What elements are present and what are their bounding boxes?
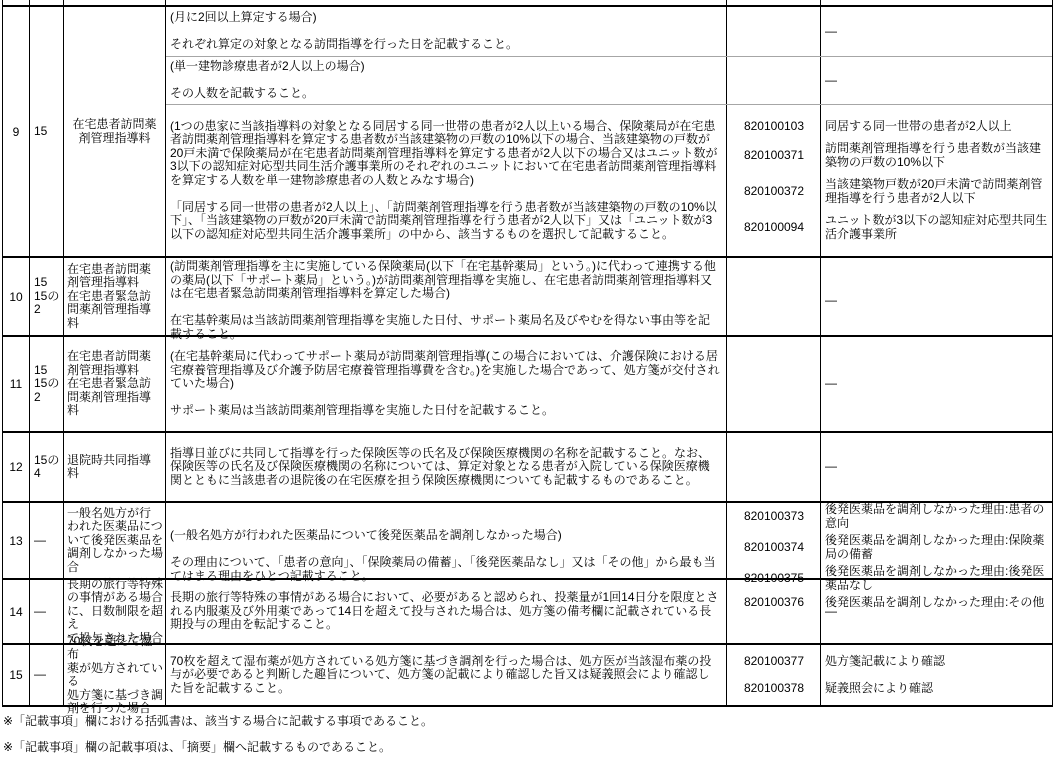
section-code: 15 15の 2	[30, 337, 64, 431]
code-entry: 820100377処方箋記載により確認	[727, 655, 1052, 669]
column-divider	[820, 258, 821, 343]
sub-row: (在宅基幹薬局に代わってサポート薬局が訪問薬剤管理指導(この場合においては、介護…	[166, 337, 1052, 431]
row-number: 10	[3, 258, 30, 335]
code-label: ユニット数が3以下の認知症対応型共同生活介護事業所	[821, 214, 1052, 241]
column-divider	[820, 0, 821, 5]
description-text: (1つの患家に当該指導料の対象となる同居する同一世帯の患者が2人以上いる場合、保…	[170, 120, 720, 242]
code-label: 後発医薬品を調剤しなかった理由:保険薬局の備蓄	[821, 534, 1052, 561]
description-text: 指導日並びに共同して指導を行った保険医等の氏名及び保険医療機関の名称を記載するこ…	[170, 447, 720, 488]
row-number: 13	[3, 503, 30, 578]
row-number: 11	[3, 337, 30, 431]
section-code-text: —	[34, 605, 46, 619]
description-text: (訪問薬剤管理指導を主に実施している保険薬局(以下「在宅基幹薬局」という。)に代…	[170, 260, 720, 341]
section-code-text: 15	[34, 125, 47, 139]
code-entry: 820100374後発医薬品を調剤しなかった理由:保険薬局の備蓄	[727, 534, 1052, 561]
section-code-text: 15 15の 2	[34, 364, 59, 405]
section-code: —	[30, 503, 64, 578]
code-label: 同居する同一世帯の患者が2人以上	[821, 120, 1052, 134]
code-value: 820100103	[727, 120, 821, 134]
column-divider	[820, 645, 821, 705]
code-area-cell: —	[727, 433, 1052, 501]
code-label: 後発医薬品を調剤しなかった理由:患者の意向	[821, 503, 1052, 530]
description-text: (一般名処方が行われた医薬品について後発医薬品を調剤しなかった場合) その理由に…	[170, 529, 720, 583]
code-entry: 820100103同居する同一世帯の患者が2人以上	[727, 120, 1052, 134]
item-name-text: 退院時共同指導 料	[67, 454, 151, 481]
section-code: 15	[30, 7, 64, 256]
column-divider	[820, 105, 821, 256]
code-entry: 820100378疑義照会により確認	[727, 682, 1052, 696]
row-number: 12	[3, 433, 30, 501]
dash: —	[825, 377, 1052, 391]
item-name-text: 在宅患者訪問薬 剤管理指導料 在宅患者緊急訪 問薬剤管理指導 料	[67, 263, 151, 331]
item-name: 在宅患者訪問薬 剤管理指導料 在宅患者緊急訪 問薬剤管理指導 料	[64, 337, 166, 431]
code-value: 820100372	[727, 185, 821, 199]
code-value: 820100378	[727, 682, 821, 696]
row-number-text: 12	[9, 460, 22, 474]
item-name: 70枚を超えて湿布 薬が処方されている 処方箋に基づき調 剤を行った場合	[64, 645, 166, 705]
code-area-cell: —	[727, 7, 1052, 56]
description-cell: 70枚を超えて湿布薬が処方されている処方箋に基づき調剤を行った場合は、処方医が当…	[166, 645, 727, 705]
description-text: 長期の旅行等特殊の事情がある場合において、必要があると認められ、投薬量が1回14…	[170, 591, 720, 632]
row-detail-area: (一般名処方が行われた医薬品について後発医薬品を調剤しなかった場合) その理由に…	[166, 503, 1052, 578]
code-label: 処方箋記載により確認	[821, 655, 1052, 669]
table-row-15: 15 — 70枚を超えて湿布 薬が処方されている 処方箋に基づき調 剤を行った場…	[3, 645, 1052, 707]
section-code-text: 15の 4	[34, 454, 59, 481]
code-entry: 820100094ユニット数が3以下の認知症対応型共同生活介護事業所	[727, 214, 1052, 241]
table-row-partial	[3, 0, 1052, 7]
section-code-cell	[30, 0, 64, 5]
dash: —	[825, 25, 1052, 39]
column-divider	[820, 580, 821, 643]
column-divider	[820, 57, 821, 104]
description-text: (在宅基幹薬局に代わってサポート薬局が訪問薬剤管理指導(この場合においては、介護…	[170, 350, 720, 418]
section-code-text: 15 15の 2	[34, 276, 59, 317]
row-number: 14	[3, 580, 30, 643]
description-cell: (在宅基幹薬局に代わってサポート薬局が訪問薬剤管理指導(この場合においては、介護…	[166, 337, 727, 431]
row-detail-area: (月に2回以上算定する場合) それぞれ算定の対象となる訪問指導を行った日を記載す…	[166, 7, 1052, 256]
code-value: 820100094	[727, 221, 821, 235]
description-cell: (1つの患家に当該指導料の対象となる同居する同一世帯の患者が2人以上いる場合、保…	[166, 105, 727, 256]
code-label: 訪問薬剤管理指導を行う患者数が当該建築物の戸数の10%以下	[821, 142, 1052, 169]
code-label: 当該建築物戸数が20戸未満で訪問薬剤管理指導を行う患者が2人以下	[821, 178, 1052, 205]
item-name-cell	[64, 0, 166, 5]
item-name-text: 在宅患者訪問薬 剤管理指導料 在宅患者緊急訪 問薬剤管理指導 料	[67, 350, 151, 418]
sub-row: (月に2回以上算定する場合) それぞれ算定の対象となる訪問指導を行った日を記載す…	[166, 7, 1052, 57]
table-row-11: 11 15 15の 2 在宅患者訪問薬 剤管理指導料 在宅患者緊急訪 問薬剤管理…	[3, 337, 1052, 433]
code-label: 疑義照会により確認	[821, 682, 1052, 696]
footnote-1: ※「記載事項」欄における括弧書は、該当する場合に記載する事項であること。	[3, 714, 433, 728]
section-code-text: —	[34, 668, 46, 682]
description-cell: 長期の旅行等特殊の事情がある場合において、必要があると認められ、投薬量が1回14…	[166, 580, 727, 643]
row-number: 9	[3, 7, 30, 256]
column-divider	[820, 433, 821, 501]
item-name-text: 在宅患者訪問薬 剤管理指導料	[72, 118, 156, 145]
code-area-cell: 820100377処方箋記載により確認 820100378疑義照会により確認	[727, 645, 1052, 705]
row-detail-area: 70枚を超えて湿布薬が処方されている処方箋に基づき調剤を行った場合は、処方医が当…	[166, 645, 1052, 705]
sub-row: 70枚を超えて湿布薬が処方されている処方箋に基づき調剤を行った場合は、処方医が当…	[166, 645, 1052, 705]
code-value: 820100374	[727, 541, 821, 555]
code-entry: 820100372当該建築物戸数が20戸未満で訪問薬剤管理指導を行う患者が2人以…	[727, 178, 1052, 205]
sub-row: (単一建物診療患者が2人以上の場合) その人数を記載すること。 —	[166, 57, 1052, 105]
description-cell	[166, 0, 727, 5]
table-row-9: 9 15 在宅患者訪問薬 剤管理指導料 (月に2回以上算定する場合) それぞれ算…	[3, 7, 1052, 258]
item-name-text: 一般名処方が行 われた医薬品につ いて後発医薬品を 調剤しなかった場 合	[67, 507, 163, 575]
document-page: 9 15 在宅患者訪問薬 剤管理指導料 (月に2回以上算定する場合) それぞれ算…	[0, 0, 1053, 761]
row-number-text: 14	[9, 605, 22, 619]
code-value: 820100373	[727, 510, 821, 524]
code-area-cell: —	[727, 57, 1052, 104]
table-row-13: 13 — 一般名処方が行 われた医薬品につ いて後発医薬品を 調剤しなかった場 …	[3, 503, 1052, 580]
row-detail-area: (在宅基幹薬局に代わってサポート薬局が訪問薬剤管理指導(この場合においては、介護…	[166, 337, 1052, 431]
row-number-text: 13	[9, 534, 22, 548]
code-area-cell: —	[727, 580, 1052, 643]
description-cell: (単一建物診療患者が2人以上の場合) その人数を記載すること。	[166, 57, 727, 104]
section-code: —	[30, 645, 64, 705]
column-divider	[820, 7, 821, 56]
table-row-12: 12 15の 4 退院時共同指導 料 指導日並びに共同して指導を行った保険医等の…	[3, 433, 1052, 503]
row-number: 15	[3, 645, 30, 705]
dash: —	[825, 294, 1052, 308]
description-text: 70枚を超えて湿布薬が処方されている処方箋に基づき調剤を行った場合は、処方医が当…	[170, 655, 720, 696]
item-name: 退院時共同指導 料	[64, 433, 166, 501]
sub-row: (訪問薬剤管理指導を主に実施している保険薬局(以下「在宅基幹薬局」という。)に代…	[166, 258, 1052, 343]
row-detail-area: 指導日並びに共同して指導を行った保険医等の氏名及び保険医療機関の名称を記載するこ…	[166, 433, 1052, 501]
row-number-cell	[3, 0, 30, 5]
description-text: (月に2回以上算定する場合) それぞれ算定の対象となる訪問指導を行った日を記載す…	[170, 11, 720, 52]
column-divider	[820, 337, 821, 431]
dash: —	[825, 460, 1052, 474]
row-number-text: 10	[9, 290, 22, 304]
row-detail-area: (訪問薬剤管理指導を主に実施している保険薬局(以下「在宅基幹薬局」という。)に代…	[166, 258, 1052, 335]
item-name: 在宅患者訪問薬 剤管理指導料	[64, 7, 166, 256]
code-value: 820100371	[727, 149, 821, 163]
code-area-cell: 820100103同居する同一世帯の患者が2人以上 820100371訪問薬剤管…	[727, 105, 1052, 256]
requirements-table: 9 15 在宅患者訪問薬 剤管理指導料 (月に2回以上算定する場合) それぞれ算…	[2, 0, 1053, 707]
code-area-cell: —	[727, 258, 1052, 343]
sub-row: (1つの患家に当該指導料の対象となる同居する同一世帯の患者が2人以上いる場合、保…	[166, 105, 1052, 256]
row-number-text: 15	[9, 668, 22, 682]
code-area-cell: —	[727, 337, 1052, 431]
dash: —	[825, 605, 1052, 619]
item-name: 在宅患者訪問薬 剤管理指導料 在宅患者緊急訪 問薬剤管理指導 料	[64, 258, 166, 335]
row-number-text: 9	[13, 125, 20, 139]
code-entry: 820100371訪問薬剤管理指導を行う患者数が当該建築物の戸数の10%以下	[727, 142, 1052, 169]
description-cell: (訪問薬剤管理指導を主に実施している保険薬局(以下「在宅基幹薬局」という。)に代…	[166, 258, 727, 343]
code-area-cell	[727, 0, 1052, 5]
dash: —	[825, 74, 1052, 88]
code-entry: 820100373後発医薬品を調剤しなかった理由:患者の意向	[727, 503, 1052, 530]
table-row-10: 10 15 15の 2 在宅患者訪問薬 剤管理指導料 在宅患者緊急訪 問薬剤管理…	[3, 258, 1052, 337]
description-text: (単一建物診療患者が2人以上の場合) その人数を記載すること。	[170, 60, 720, 101]
sub-row: 長期の旅行等特殊の事情がある場合において、必要があると認められ、投薬量が1回14…	[166, 580, 1052, 643]
section-code: —	[30, 580, 64, 643]
item-name-text: 70枚を超えて湿布 薬が処方されている 処方箋に基づき調 剤を行った場合	[67, 635, 163, 716]
code-value: 820100377	[727, 655, 821, 669]
item-name: 一般名処方が行 われた医薬品につ いて後発医薬品を 調剤しなかった場 合	[64, 503, 166, 578]
row-number-text: 11	[10, 377, 22, 391]
section-code: 15の 4	[30, 433, 64, 501]
section-code-text: —	[34, 534, 46, 548]
description-cell: 指導日並びに共同して指導を行った保険医等の氏名及び保険医療機関の名称を記載するこ…	[166, 433, 727, 501]
footnote-2: ※「記載事項」欄の記載事項は、「摘要」欄へ記載するものであること。	[3, 740, 391, 754]
sub-row: 指導日並びに共同して指導を行った保険医等の氏名及び保険医療機関の名称を記載するこ…	[166, 433, 1052, 501]
description-cell: (月に2回以上算定する場合) それぞれ算定の対象となる訪問指導を行った日を記載す…	[166, 7, 727, 56]
section-code: 15 15の 2	[30, 258, 64, 335]
row-detail-area: 長期の旅行等特殊の事情がある場合において、必要があると認められ、投薬量が1回14…	[166, 580, 1052, 643]
